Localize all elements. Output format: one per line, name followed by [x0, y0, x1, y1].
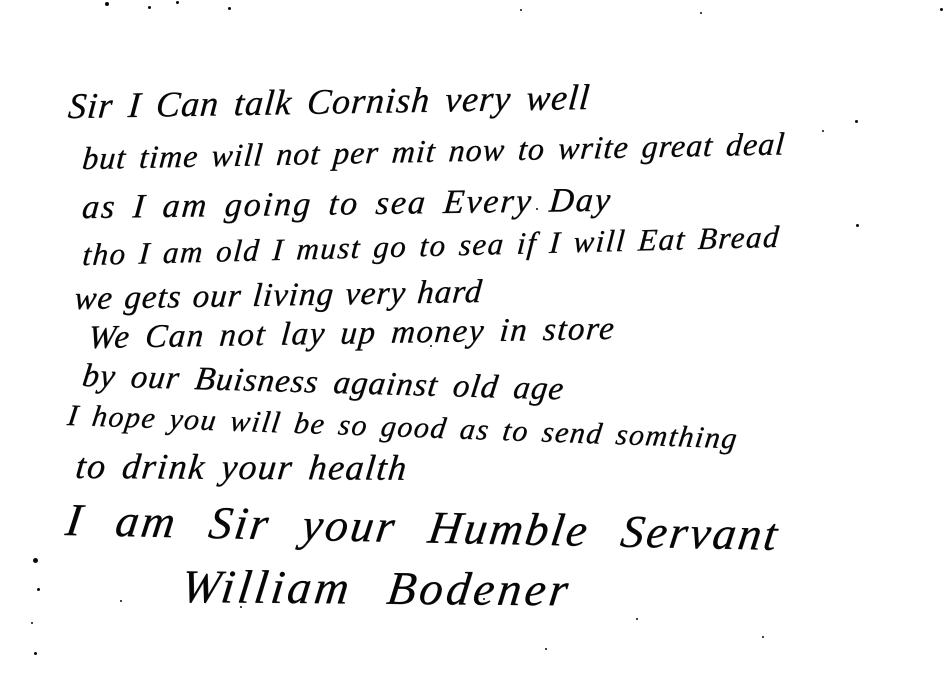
ink-speck [856, 224, 859, 227]
ink-speck [855, 120, 858, 123]
ink-speck [762, 636, 764, 638]
ink-speck [120, 600, 122, 602]
letter-line: to drink your health [73, 446, 410, 489]
letter-line-salutation: Sir I Can talk Cornish very well [66, 77, 592, 128]
letter-line: but time will not per mit now to write g… [81, 125, 787, 177]
letter-line: We Can not lay up money in store [87, 311, 617, 358]
ink-speck [33, 558, 38, 563]
ink-speck [545, 648, 547, 650]
ink-speck [483, 598, 485, 600]
ink-speck [361, 300, 363, 302]
ink-speck [636, 618, 638, 620]
ink-speck [148, 6, 151, 9]
ink-speck [105, 2, 109, 6]
ink-speck [228, 7, 231, 10]
signature-line: William Bodener [178, 560, 575, 617]
letter-line: as I am going to sea Every Day [80, 181, 613, 228]
ink-speck [31, 622, 33, 624]
ink-speck [34, 652, 37, 655]
ink-speck [822, 130, 824, 132]
ink-speck [520, 9, 522, 11]
ink-speck [430, 345, 432, 347]
ink-speck [176, 1, 179, 4]
ink-speck [536, 208, 538, 210]
letter-line: tho I am old I must go to sea if I will … [81, 219, 781, 273]
letter-line: we gets our living very hard [73, 274, 484, 319]
ink-speck [37, 588, 40, 591]
letter-closing-line: I am Sir your Humble Servant [62, 494, 783, 562]
ink-speck [240, 606, 242, 608]
scanned-letter-page: Sir I Can talk Cornish very well but tim… [0, 0, 950, 679]
ink-speck [940, 8, 943, 11]
ink-speck [700, 12, 702, 14]
